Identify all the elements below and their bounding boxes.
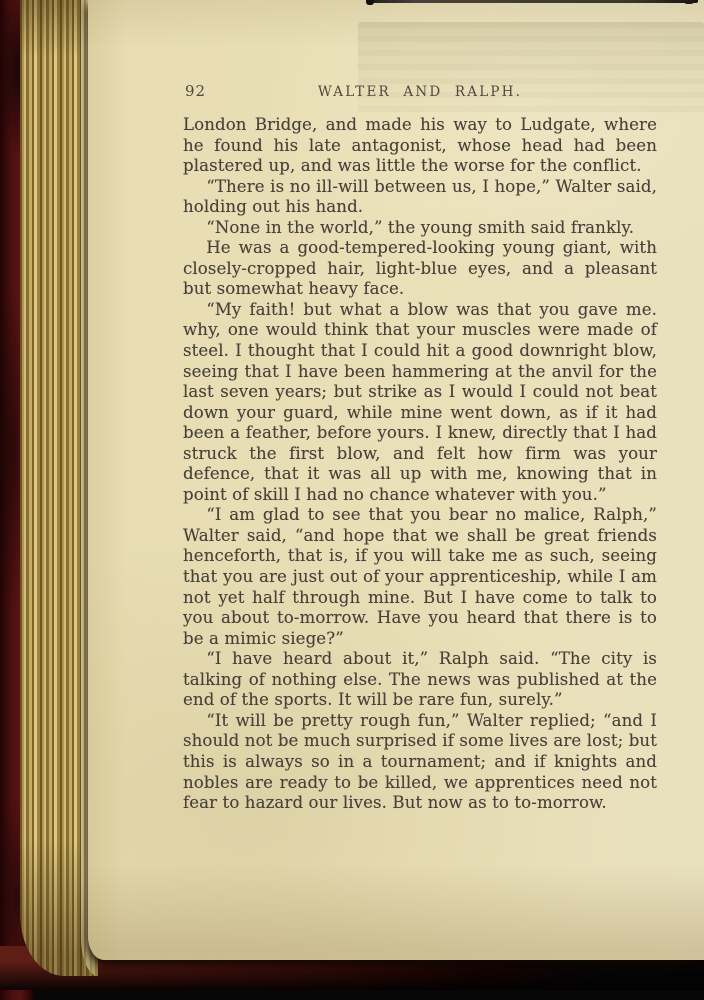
body-paragraph: “I have heard about it,” Ralph said. “Th… [183, 649, 657, 711]
body-paragraph: “It will be pretty rough fun,” Walter re… [183, 711, 657, 814]
body-paragraph: “There is no ill-will between us, I hope… [183, 177, 657, 218]
body-text: London Bridge, and made his way to Ludga… [183, 115, 657, 814]
book-page: 92 WALTER AND RALPH. London Bridge, and … [88, 0, 704, 960]
body-paragraph: “None in the world,” the young smith sai… [183, 218, 657, 239]
page-edge-stack [20, 0, 98, 976]
body-paragraph: “I am glad to see that you bear no malic… [183, 505, 657, 649]
body-paragraph: London Bridge, and made his way to Ludga… [183, 115, 657, 177]
running-header: 92 WALTER AND RALPH. [183, 82, 657, 102]
scan-artifact-top-line [368, 0, 698, 3]
running-title: WALTER AND RALPH. [183, 84, 657, 100]
body-paragraph: He was a good-tempered-looking young gia… [183, 238, 657, 300]
scanned-book-photo: 92 WALTER AND RALPH. London Bridge, and … [0, 0, 704, 1000]
body-paragraph: “My faith! but what a blow was that you … [183, 300, 657, 505]
